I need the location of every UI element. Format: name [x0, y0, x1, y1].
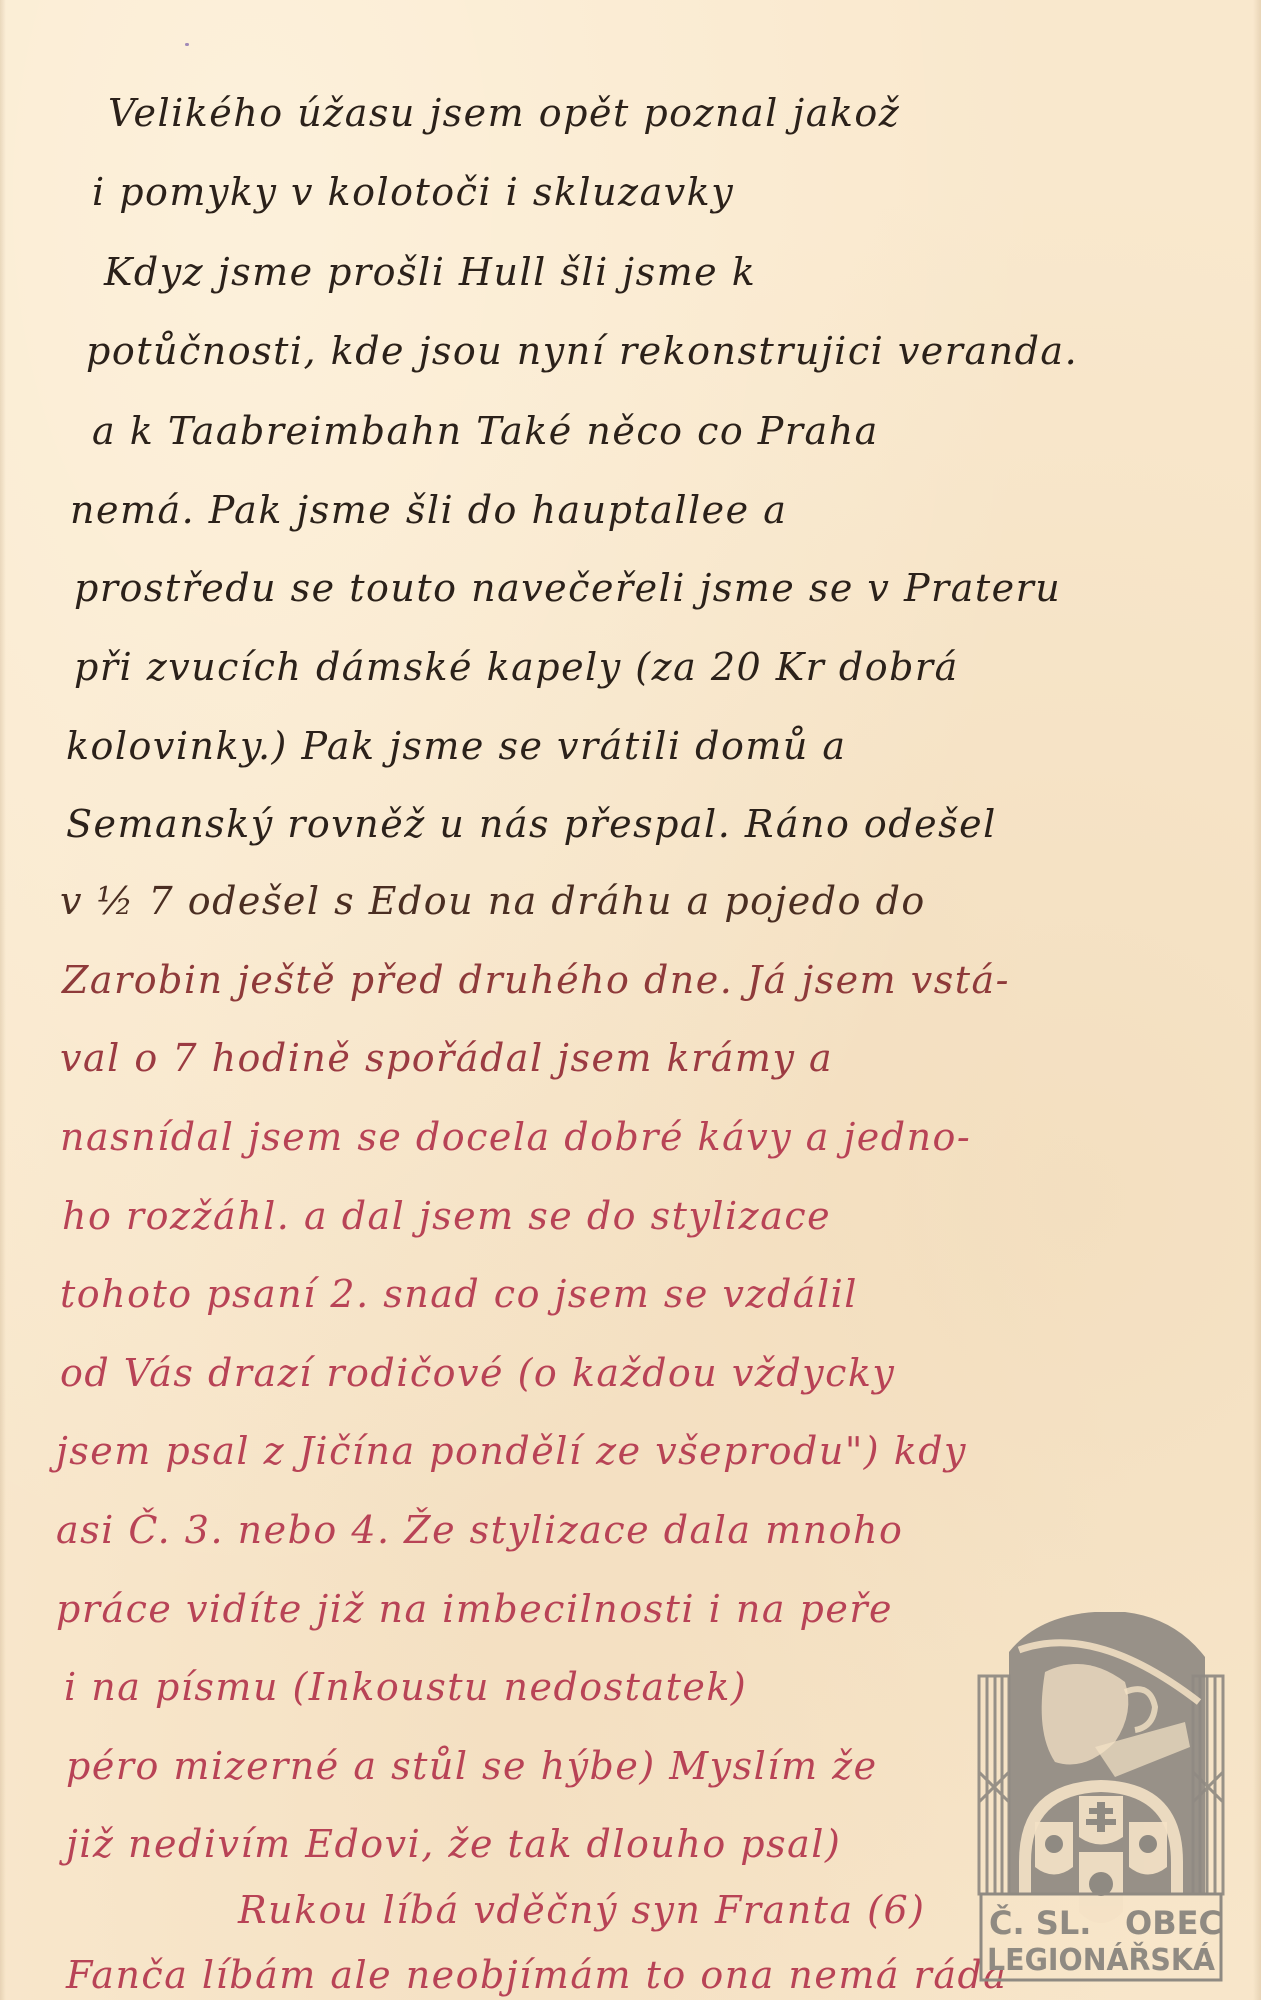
handwritten-line: Kdyz jsme prošli Hull šli jsme k	[104, 253, 756, 291]
handwritten-line: Fanča líbám ale neobjímám to ona nemá rá…	[66, 1956, 1007, 1994]
handwritten-line: od Vás drazí rodičové (o každou vždycky	[60, 1354, 895, 1392]
handwritten-line: tohoto psaní 2. snad co jsem se vzdálil	[60, 1275, 858, 1313]
handwritten-line: prostředu se touto navečeřeli jsme se v …	[74, 569, 1061, 607]
paper-edge-left	[0, 0, 6, 2000]
handwritten-line: potůčnosti, kde jsou nyní rekonstrujici …	[86, 332, 1078, 370]
handwritten-line: nasnídal jsem se docela dobré kávy a jed…	[60, 1118, 971, 1156]
handwritten-line: i na písmu (Inkoustu nedostatek)	[64, 1668, 747, 1706]
ink-speck	[185, 43, 189, 46]
handwritten-line: Zarobin ještě před druhého dne. Já jsem …	[62, 961, 1010, 999]
handwritten-line: val o 7 hodině spořádal jsem krámy a	[60, 1039, 833, 1077]
paper-edge-right	[1253, 0, 1261, 2000]
handwritten-line: Velikého úžasu jsem opět poznal jakož	[108, 94, 900, 132]
handwritten-line: asi Č. 3. nebo 4. Že stylizace dala mnoh…	[56, 1511, 903, 1549]
handwritten-line: a k Taabreimbahn Také něco co Praha	[92, 412, 879, 450]
handwritten-line: při zvucích dámské kapely (za 20 Kr dobr…	[74, 648, 959, 686]
handwritten-line: práce vidíte již na imbecilnosti i na pe…	[56, 1590, 893, 1628]
handwritten-line: jsem psal z Jičína pondělí ze všeprodu")…	[56, 1432, 967, 1470]
watermark-text-obec: OBEC	[1125, 1904, 1222, 1942]
handwritten-line: péro mizerné a stůl se hýbe) Myslím že	[66, 1747, 878, 1785]
handwritten-line: Semanský rovněž u nás přespal. Ráno odeš…	[66, 805, 997, 843]
watermark-text-csl: Č. SL.	[989, 1903, 1091, 1942]
handwritten-line: ho rozžáhl. a dal jsem se do stylizace	[62, 1197, 831, 1235]
handwritten-line: v ½ 7 odešel s Edou na dráhu a pojedo do	[60, 882, 926, 920]
legionnaire-emblem-icon: Č. SL. OBEC LEGIONÁŘSKÁ	[975, 1612, 1227, 1984]
letter-page: Velikého úžasu jsem opět poznal jakoži p…	[0, 0, 1261, 2000]
handwritten-line: již nedivím Edovi, že tak dlouho psal)	[66, 1825, 841, 1863]
handwritten-line: nemá. Pak jsme šli do hauptallee a	[70, 491, 787, 529]
handwritten-line: kolovinky.) Pak jsme se vrátili domů a	[66, 727, 847, 765]
handwritten-line: Rukou líbá vděčný syn Franta (6)	[238, 1891, 926, 1929]
watermark-text-legionarska: LEGIONÁŘSKÁ	[987, 1942, 1216, 1978]
handwritten-line: i pomyky v kolotoči i skluzavky	[92, 173, 734, 211]
